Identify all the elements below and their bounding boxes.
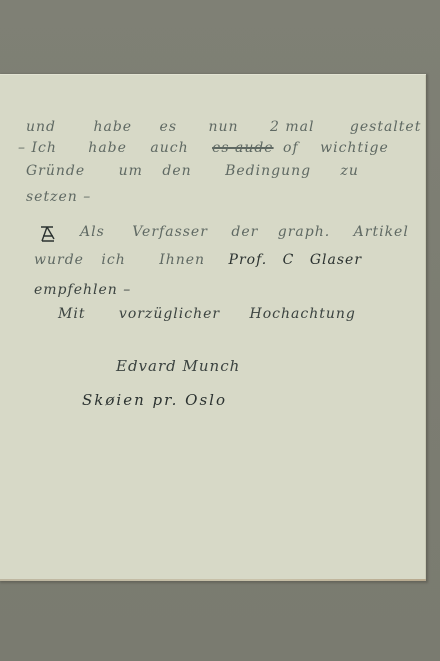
monogram-mark-icon xyxy=(38,224,58,244)
word: of xyxy=(283,140,299,156)
struck-word: es aude xyxy=(212,140,274,156)
word: Verfasser xyxy=(132,224,208,240)
text-line-5: Als Verfasser der graph. Artikel xyxy=(80,224,423,240)
word: um xyxy=(119,163,143,179)
word: wurde xyxy=(34,252,84,268)
text-line-3: Gründe um den Bedingung zu xyxy=(26,163,373,179)
word: und xyxy=(26,119,56,135)
text-line-8: Mit vorzüglicher Hochachtung xyxy=(58,306,370,322)
word: C xyxy=(283,252,295,268)
word: graph. xyxy=(278,224,330,240)
word: Gründe xyxy=(26,163,85,179)
word: es xyxy=(160,119,177,135)
word: empfehlen – xyxy=(34,282,131,298)
word: Glaser xyxy=(310,252,362,268)
signature-place: Skøien pr. Oslo xyxy=(82,391,227,409)
text-line-6: wurde ich Ihnen Prof. C Glaser xyxy=(34,252,376,268)
word: wichtige xyxy=(320,140,389,156)
text-line-7: empfehlen – xyxy=(34,282,145,298)
word: Mit xyxy=(58,306,85,322)
word: Hochachtung xyxy=(250,306,356,322)
word: 2 mal xyxy=(270,119,314,135)
word: zu xyxy=(341,163,359,179)
word: Als xyxy=(80,224,105,240)
word: Prof. xyxy=(229,252,268,268)
text-line-1: und habe es nun 2 mal gestaltet xyxy=(26,119,435,135)
place-text: Skøien pr. Oslo xyxy=(82,391,227,409)
signature-name: Edvard Munch xyxy=(116,357,240,375)
word: setzen – xyxy=(26,189,91,205)
word: ich xyxy=(101,252,125,268)
word: habe xyxy=(93,119,132,135)
word: gestaltet xyxy=(350,119,421,135)
word: vorzüglicher xyxy=(119,306,220,322)
word: auch xyxy=(150,140,188,156)
word: Artikel xyxy=(354,224,409,240)
word: Bedingung xyxy=(225,163,311,179)
text-line-2: – Ich habe auch es aude of wichtige xyxy=(18,140,403,156)
word: Ihnen xyxy=(159,252,205,268)
word: – Ich xyxy=(18,140,57,156)
word: habe xyxy=(88,140,127,156)
word: der xyxy=(231,224,258,240)
signature-text: Edvard Munch xyxy=(116,357,240,375)
text-line-4: setzen – xyxy=(26,189,105,205)
word: nun xyxy=(208,119,238,135)
word: den xyxy=(162,163,191,179)
